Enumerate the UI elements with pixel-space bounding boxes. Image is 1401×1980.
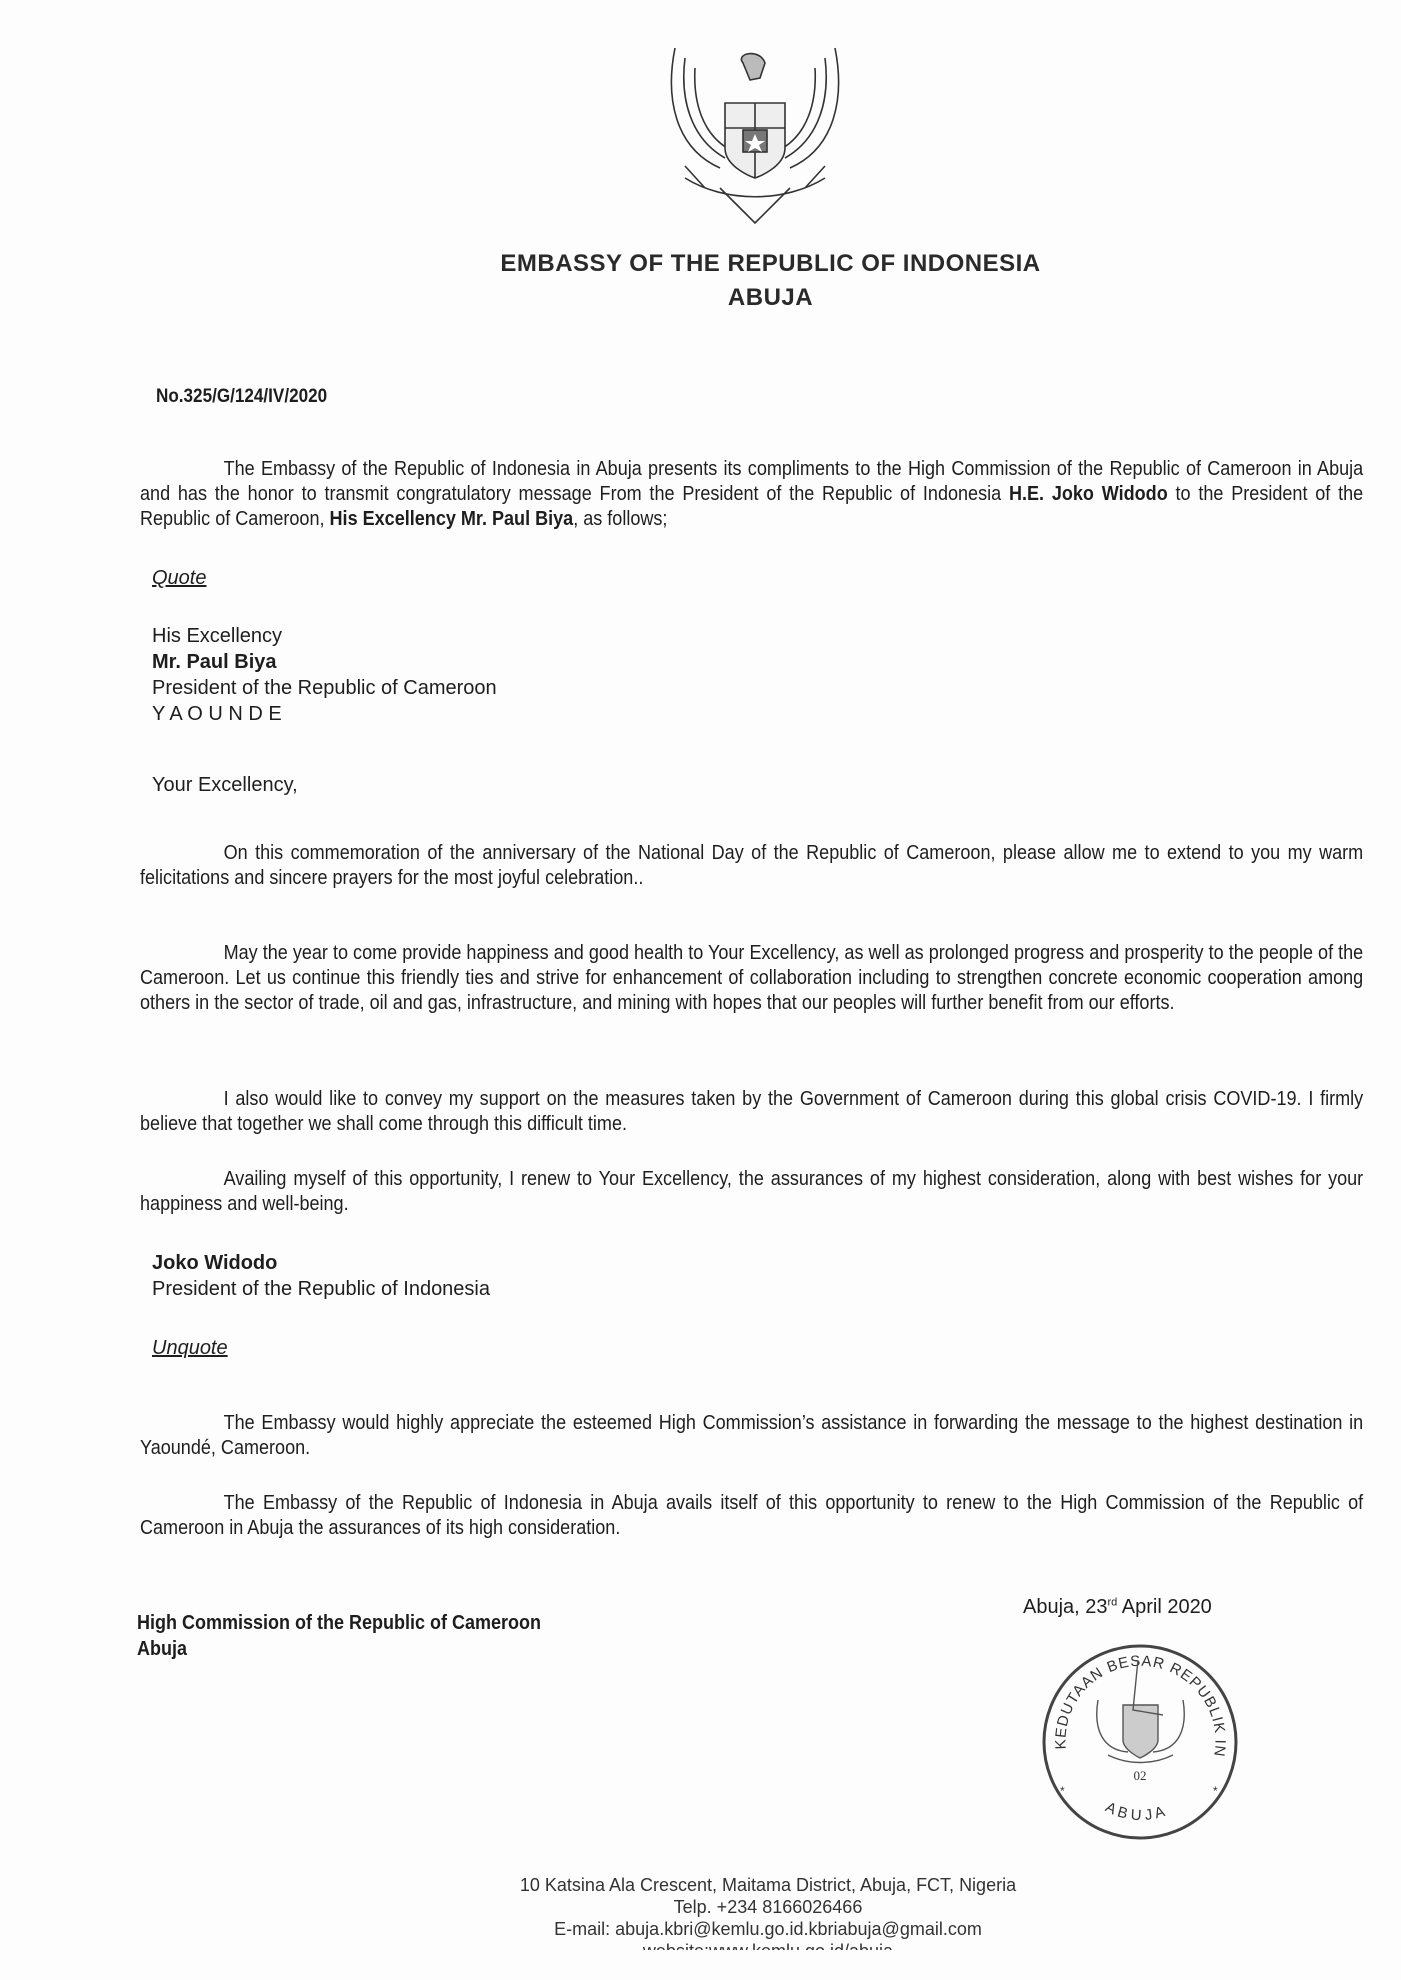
- unquote-label: Unquote: [152, 1335, 228, 1361]
- recipient-block: High Commission of the Republic of Camer…: [137, 1610, 541, 1662]
- recipient-line2: Abuja: [137, 1636, 541, 1662]
- embassy-city: ABUJA: [70, 284, 1401, 312]
- message-paragraph-4: Availing myself of this opportunity, I r…: [140, 1166, 1363, 1216]
- addressee-name: Mr. Paul Biya: [152, 649, 497, 675]
- footer-website: website:www.kemlu.go.id/abuja: [135, 1940, 1401, 1950]
- addressee-block: His Excellency Mr. Paul Biya President o…: [152, 623, 497, 727]
- svg-text:A B U J A: A B U J A: [1103, 1799, 1167, 1825]
- recipient-line1: High Commission of the Republic of Camer…: [137, 1610, 541, 1636]
- quote-label: Quote: [152, 565, 206, 591]
- closing-text: The Embassy of the Republic of Indonesia…: [140, 1491, 1363, 1539]
- svg-text:*: *: [1213, 1784, 1218, 1798]
- closing-paragraph-2: The Embassy of the Republic of Indonesia…: [140, 1490, 1363, 1540]
- message-text: On this commemoration of the anniversary…: [140, 841, 1363, 889]
- closing-text: The Embassy would highly appreciate the …: [140, 1411, 1363, 1459]
- addressee-city: Y A O U N D E: [152, 701, 497, 727]
- message-text: Availing myself of this opportunity, I r…: [140, 1167, 1363, 1215]
- stamp-number: 02: [1134, 1768, 1147, 1783]
- stamp-bottom-text: A B U J A: [1103, 1799, 1167, 1825]
- salutation: Your Excellency,: [152, 772, 298, 798]
- signatory-block: Joko Widodo President of the Republic of…: [152, 1250, 490, 1302]
- footer-address: 10 Katsina Ala Crescent, Maitama Distric…: [135, 1874, 1401, 1896]
- addressee-line1: His Excellency: [152, 623, 497, 649]
- date-ordinal: rd: [1108, 1596, 1118, 1608]
- message-paragraph-2: May the year to come provide happiness a…: [140, 940, 1363, 1015]
- signatory-name: Joko Widodo: [152, 1250, 490, 1276]
- embassy-stamp-icon: KEDUTAAN BESAR REPUBLIK INDONESIA A B U …: [1038, 1640, 1243, 1845]
- intro-text-end: , as follows;: [573, 507, 667, 530]
- letterhead-footer: 10 Katsina Ala Crescent, Maitama Distric…: [0, 1874, 1401, 1950]
- addressee-title: President of the Republic of Cameroon: [152, 675, 497, 701]
- embassy-title: EMBASSY OF THE REPUBLIC OF INDONESIA: [70, 250, 1401, 278]
- footer-phone: Telp. +234 8166026466: [135, 1896, 1401, 1918]
- recipient-name: His Excellency Mr. Paul Biya: [330, 507, 574, 530]
- letter-date: Abuja, 23rd April 2020: [1023, 1596, 1212, 1619]
- sender-name: H.E. Joko Widodo: [1009, 482, 1168, 505]
- closing-paragraph-1: The Embassy would highly appreciate the …: [140, 1410, 1363, 1460]
- message-text: I also would like to convey my support o…: [140, 1087, 1363, 1135]
- reference-number: No.325/G/124/IV/2020: [156, 386, 327, 408]
- message-text: May the year to come provide happiness a…: [140, 941, 1363, 1014]
- message-paragraph-3: I also would like to convey my support o…: [140, 1086, 1363, 1136]
- signatory-title: President of the Republic of Indonesia: [152, 1276, 490, 1302]
- footer-email: E-mail: abuja.kbri@kemlu.go.id.kbriabuja…: [135, 1918, 1401, 1940]
- date-day: Abuja, 23: [1023, 1596, 1108, 1618]
- message-paragraph-1: On this commemoration of the anniversary…: [140, 840, 1363, 890]
- svg-text:*: *: [1060, 1784, 1065, 1798]
- intro-paragraph: The Embassy of the Republic of Indonesia…: [140, 456, 1363, 531]
- garuda-emblem-icon: [665, 38, 845, 228]
- date-month-year: April 2020: [1117, 1596, 1212, 1618]
